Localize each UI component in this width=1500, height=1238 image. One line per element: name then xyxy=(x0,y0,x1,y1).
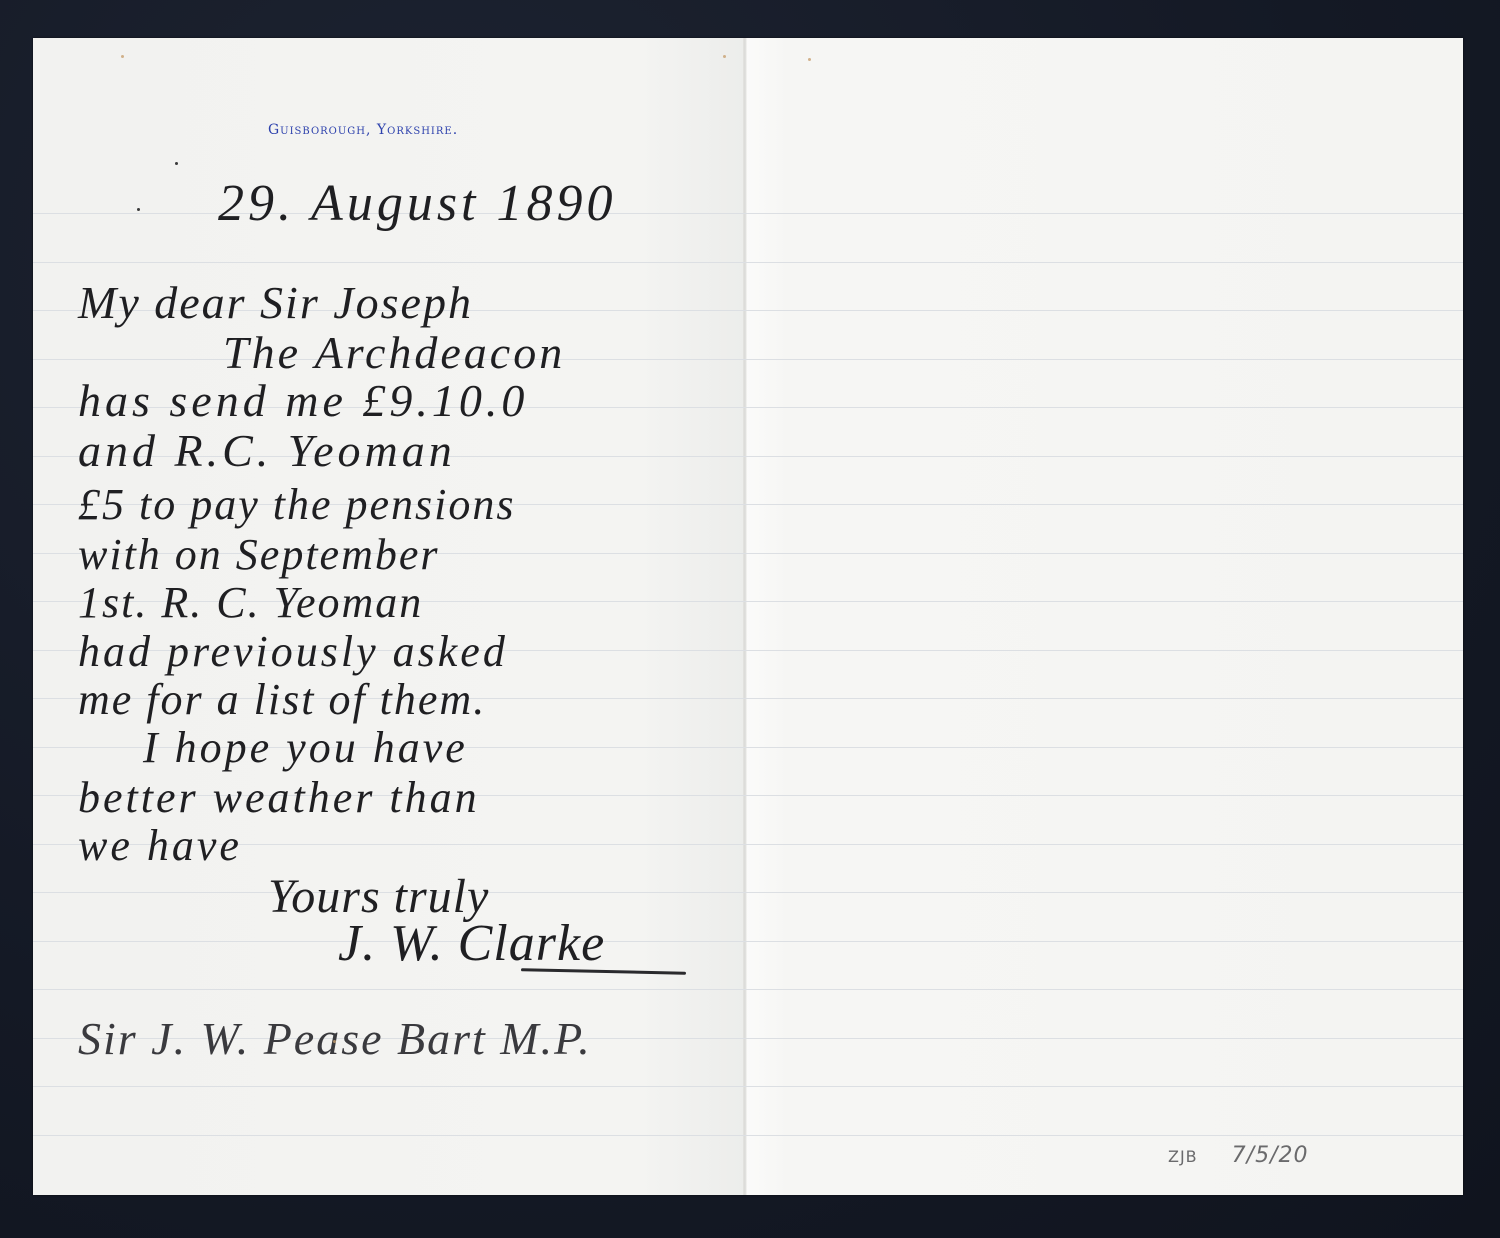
letter-date: 29. August 1890 xyxy=(218,178,617,230)
signature: J. W. Clarke xyxy=(338,918,605,970)
body-line: has send me £9.10.0 xyxy=(78,378,528,424)
foxing-spot xyxy=(121,55,124,58)
addressee: Sir J. W. Pease Bart M.P. xyxy=(78,1016,592,1062)
salutation: My dear Sir Joseph xyxy=(78,280,473,326)
pinhole-mark xyxy=(175,162,178,165)
body-line: I hope you have xyxy=(143,726,468,770)
body-line: 1st. R. C. Yeoman xyxy=(78,581,423,625)
body-line: and R.C. Yeoman xyxy=(78,428,456,474)
foxing-spot xyxy=(723,55,726,58)
archival-date: 7/5/20 xyxy=(1232,1143,1309,1168)
closing: Yours truly xyxy=(268,873,489,921)
body-line: The Archdeacon xyxy=(223,330,565,376)
letterhead: Guisborough, Yorkshire. xyxy=(268,122,458,138)
body-line: £5 to pay the pensions xyxy=(78,483,516,527)
page-fold xyxy=(743,38,747,1195)
archival-reference: ZJB xyxy=(1168,1147,1198,1166)
body-line: we have xyxy=(78,824,242,868)
body-line: better weather than xyxy=(78,776,480,820)
right-page xyxy=(745,38,1463,1195)
archival-pencil-note: ZJB 7/5/20 xyxy=(1168,1143,1308,1168)
body-line: with on September xyxy=(78,533,440,577)
pinhole-mark xyxy=(137,208,140,211)
foxing-spot xyxy=(808,58,811,61)
letter-sheet: Guisborough, Yorkshire. 29. August 1890 … xyxy=(33,38,1463,1195)
body-line: had previously asked xyxy=(78,630,508,674)
body-line: me for a list of them. xyxy=(78,678,486,722)
foxing-spot xyxy=(333,1040,336,1043)
